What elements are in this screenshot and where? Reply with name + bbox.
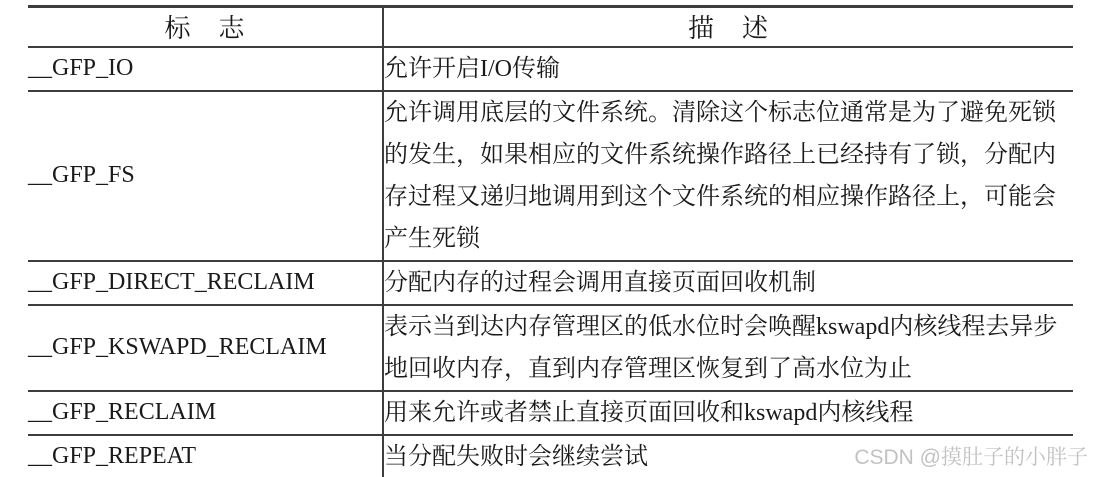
table-row-gfp-kswapd-reclaim: __GFP_KSWAPD_RECLAIM 表示当到达内存管理区的低水位时会唤醒k… <box>28 305 1073 391</box>
flag-cell: __GFP_FS <box>28 91 383 261</box>
flag-cell: __GFP_KSWAPD_RECLAIM <box>28 305 383 391</box>
column-header-flag: 标 志 <box>28 7 383 47</box>
flag-cell: __GFP_REPEAT <box>28 435 383 477</box>
table-row-gfp-direct-reclaim: __GFP_DIRECT_RECLAIM 分配内存的过程会调用直接页面回收机制 <box>28 261 1073 305</box>
desc-cell: 表示当到达内存管理区的低水位时会唤醒kswapd内核线程去异步地回收内存，直到内… <box>383 305 1073 391</box>
table-row-gfp-fs: __GFP_FS 允许调用底层的文件系统。清除这个标志位通常是为了避免死锁的发生… <box>28 91 1073 261</box>
table-row-gfp-io: __GFP_IO 允许开启I/O传输 <box>28 47 1073 91</box>
flag-cell: __GFP_IO <box>28 47 383 91</box>
gfp-flags-table: 标 志 描 述 __GFP_IO 允许开启I/O传输 __GFP_FS 允许调用… <box>28 5 1073 477</box>
column-header-desc: 描 述 <box>383 7 1073 47</box>
csdn-watermark: CSDN @摸肚子的小胖子 <box>854 441 1088 471</box>
desc-cell: 用来允许或者禁止直接页面回收和kswapd内核线程 <box>383 391 1073 435</box>
flag-cell: __GFP_RECLAIM <box>28 391 383 435</box>
flag-cell: __GFP_DIRECT_RECLAIM <box>28 261 383 305</box>
desc-cell: 分配内存的过程会调用直接页面回收机制 <box>383 261 1073 305</box>
table-header-row: 标 志 描 述 <box>28 7 1073 47</box>
desc-cell: 允许调用底层的文件系统。清除这个标志位通常是为了避免死锁的发生，如果相应的文件系… <box>383 91 1073 261</box>
desc-cell: 允许开启I/O传输 <box>383 47 1073 91</box>
table-row-gfp-reclaim: __GFP_RECLAIM 用来允许或者禁止直接页面回收和kswapd内核线程 <box>28 391 1073 435</box>
